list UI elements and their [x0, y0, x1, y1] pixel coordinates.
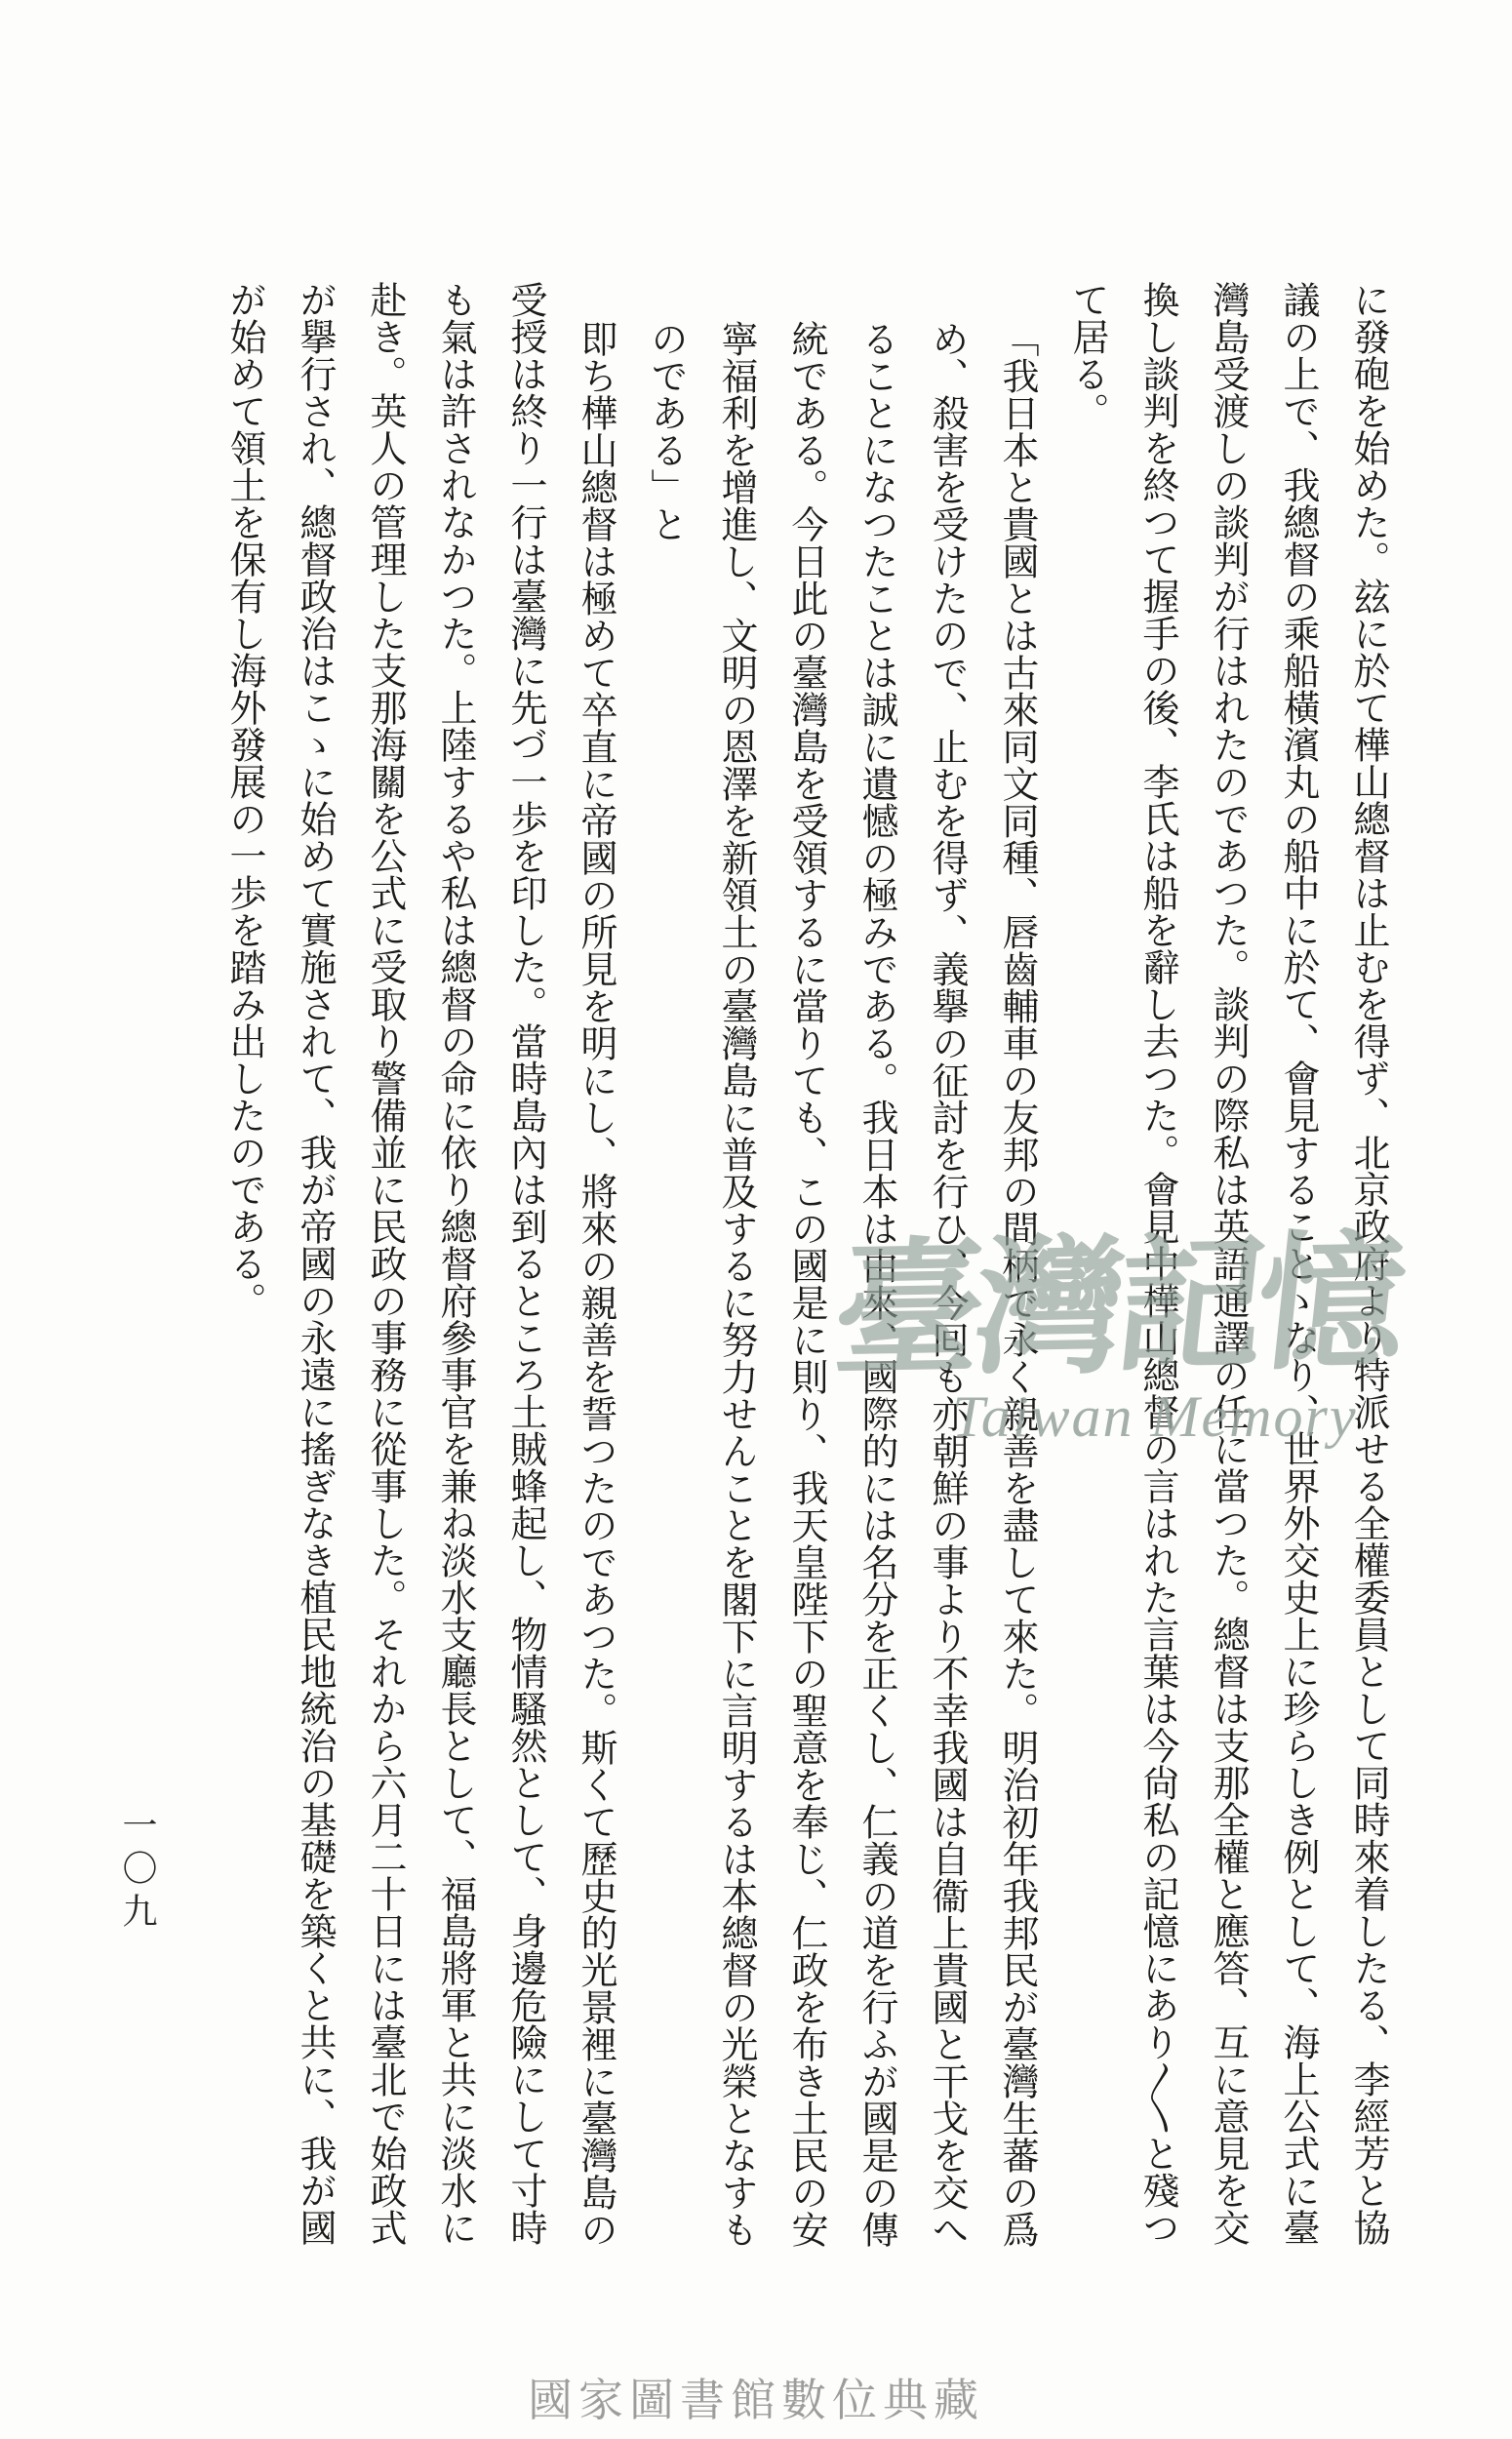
text-column-quote: ることになつたことは誠に遺憾の極みである。我日本は由來、國際的には名分を正くし、… — [841, 281, 911, 2254]
text-column: 灣島受渡しの談判が行はれたのであつた。談判の際私は英語通譯の任に當つた。總督は支… — [1192, 281, 1262, 2254]
library-footer: 國家圖書館數位典藏 — [0, 2365, 1512, 2429]
text-column-quote: め、殺害を受けたので、止むを得ず、義擧の征討を行ひ、今囘も亦朝鮮の事より不幸我國… — [911, 281, 981, 2254]
text-column-quote: のである」と — [630, 281, 700, 2254]
body-text: に發砲を始めた。玆に於て樺山總督は止むを得ず、北京政府より特派せる全權委員として… — [209, 281, 1403, 2254]
text-column: て居る。 — [1052, 281, 1122, 2254]
text-column: 議の上で、我總督の乘船橫濱丸の船中に於て、會見することゝなり、世界外交史上に珍ら… — [1262, 281, 1333, 2254]
text-column: に發砲を始めた。玆に於て樺山總督は止むを得ず、北京政府より特派せる全權委員として… — [1333, 281, 1403, 2254]
scanned-page: に發砲を始めた。玆に於て樺山總督は止むを得ず、北京政府より特派せる全權委員として… — [0, 0, 1512, 2439]
text-column: が始めて領土を保有し海外發展の一歩を踏み出したのである。 — [209, 281, 279, 2254]
text-column-quote: 寧福利を增進し、文明の恩澤を新領土の臺灣島に普及するに努力せんことを閣下に言明す… — [700, 281, 771, 2254]
text-column: が擧行され、總督政治はこゝに始めて實施されて、我が帝國の永遠に搖ぎなき植民地統治… — [279, 281, 349, 2254]
text-column-quote: 統である。今日此の臺灣島を受領するに當りても、この國是に則り、我天皇陛下の聖意を… — [771, 281, 841, 2254]
text-column: 即ち樺山總督は極めて卒直に帝國の所見を明にし、將來の親善を誓つたのであつた。斯く… — [560, 281, 630, 2254]
text-column: 受授は終り一行は臺灣に先づ一歩を印した。當時島內は到るところ土賊蜂起し、物情騷然… — [490, 281, 560, 2254]
text-column: も氣は許されなかつた。上陸するや私は總督の命に依り總督府參事官を兼ね淡水支廳長と… — [419, 281, 490, 2254]
text-column: 赴き。英人の管理した支那海關を公式に受取り警備並に民政の事務に從事した。それから… — [349, 281, 419, 2254]
page-number: 一〇九 — [113, 1807, 163, 1936]
text-column: 換し談判を終つて握手の後、李氏は船を辭し去つた。會見中樺山總督の言はれた言葉は今… — [1122, 281, 1192, 2254]
text-column-quote: 「我日本と貴國とは古來同文同種、唇齒輔車の友邦の間柄で永く親善を盡して來た。明治… — [981, 281, 1052, 2254]
